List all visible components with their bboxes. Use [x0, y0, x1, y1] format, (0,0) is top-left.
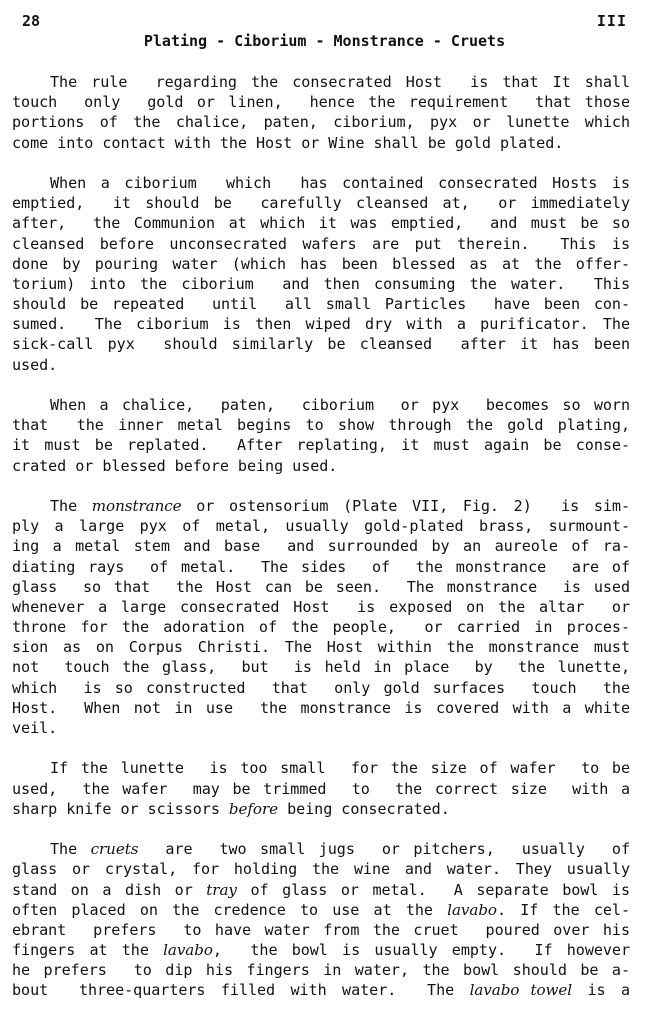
text-line: The cruets are two small jugs or pitcher… [12, 839, 630, 859]
text-line: If the lunette is too small for the size… [12, 758, 630, 778]
emphasis: cruets [91, 840, 139, 858]
chapter-number: III [597, 12, 627, 30]
text-line: The monstrance or ostensorium (Plate VII… [12, 496, 630, 516]
text-line: throne for the adoration of the people, … [12, 617, 630, 637]
text-line: it must be replated. After replating, it… [12, 435, 630, 455]
text-line: which is so constructed that only gold s… [12, 678, 630, 698]
paragraph: When a chalice, paten, ciborium or pyx b… [12, 395, 630, 476]
emphasis: tray [206, 881, 237, 899]
paragraph: The rule regarding the consecrated Host … [12, 72, 630, 153]
text-line: done by pouring water (which has been bl… [12, 254, 630, 274]
text-line: diating rays of metal. The sides of the … [12, 557, 630, 577]
text-line: he prefers to dip his fingers in water, … [12, 960, 630, 980]
text-line: emptied, it should be carefully cleansed… [12, 193, 630, 213]
emphasis: monstrance [92, 497, 182, 515]
text-line: The rule regarding the consecrated Host … [12, 72, 630, 92]
text-line: ply a large pyx of metal, usually gold-p… [12, 516, 630, 536]
text-line: When a ciborium which has contained cons… [12, 173, 630, 193]
page-title: Plating - Ciborium - Monstrance - Cruets [0, 32, 649, 50]
text-line: bout three-quarters filled with water. T… [12, 980, 630, 1000]
text-line: veil. [12, 718, 630, 738]
text-line: come into contact with the Host or Wine … [12, 133, 630, 153]
text-line: after, the Communion at which it was emp… [12, 213, 630, 233]
text-line: that the inner metal begins to show thro… [12, 415, 630, 435]
text-line: sumed. The ciborium is then wiped dry wi… [12, 314, 630, 334]
emphasis: lavabo [163, 941, 213, 959]
text-line: sharp knife or scissors before being con… [12, 799, 630, 819]
text-line: touch only gold or linen, hence the requ… [12, 92, 630, 112]
text-line: stand on a dish or tray of glass or meta… [12, 880, 630, 900]
text-line: whenever a large consecrated Host is exp… [12, 597, 630, 617]
emphasis: lavabo [447, 901, 497, 919]
text-line: torium) into the ciborium and then consu… [12, 274, 630, 294]
emphasis: before [229, 800, 278, 818]
text-line: Host. When not in use the monstrance is … [12, 698, 630, 718]
text-line: crated or blessed before being used. [12, 456, 630, 476]
text-line: glass so that the Host can be seen. The … [12, 577, 630, 597]
text-line: sion as on Corpus Christi. The Host with… [12, 637, 630, 657]
text-line: fingers at the lavabo, the bowl is usual… [12, 940, 630, 960]
text-line: glass or crystal, for holding the wine a… [12, 859, 630, 879]
text-line: not touch the glass, but is held in plac… [12, 657, 630, 677]
text-line: When a chalice, paten, ciborium or pyx b… [12, 395, 630, 415]
text-line: ebrant prefers to have water from the cr… [12, 920, 630, 940]
text-line: often placed on the credence to use at t… [12, 900, 630, 920]
text-line: used, the wafer may be trimmed to the co… [12, 779, 630, 799]
paragraph: The cruets are two small jugs or pitcher… [12, 839, 630, 1001]
text-line: cleansed before unconsecrated wafers are… [12, 234, 630, 254]
text-line: portions of the chalice, paten, ciborium… [12, 112, 630, 132]
text-line: used. [12, 355, 630, 375]
text-line: sick-call pyx should similarly be cleans… [12, 334, 630, 354]
body-text: The rule regarding the consecrated Host … [12, 72, 630, 1017]
paragraph: The monstrance or ostensorium (Plate VII… [12, 496, 630, 738]
emphasis: lavabo towel [470, 981, 573, 999]
text-line: ing a metal stem and base and surrounded… [12, 536, 630, 556]
paragraph: If the lunette is too small for the size… [12, 758, 630, 819]
text-line: should be repeated until all small Parti… [12, 294, 630, 314]
page-number: 28 [22, 12, 40, 30]
paragraph: When a ciborium which has contained cons… [12, 173, 630, 375]
